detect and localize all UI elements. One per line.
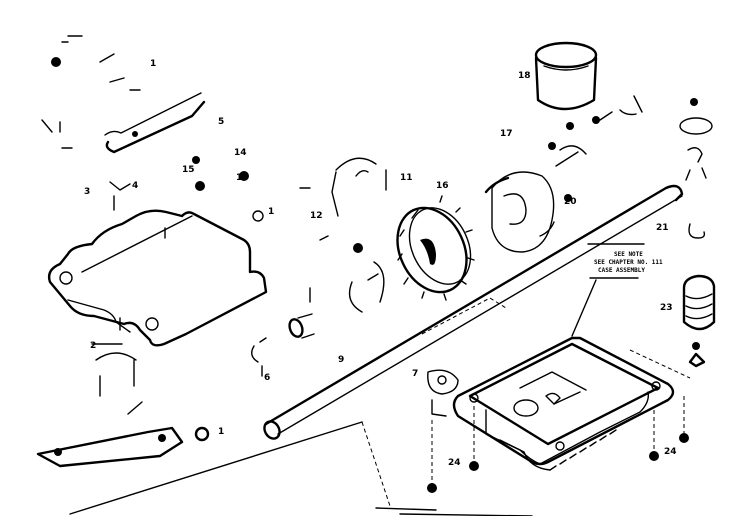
label-21: 21 [656, 223, 669, 233]
label-7: 7 [412, 369, 418, 379]
label-24: 24 [664, 447, 677, 457]
label-2: 2 [90, 341, 96, 351]
label-1: 1 [150, 59, 156, 69]
clutch-drum [486, 172, 554, 252]
mounting-plate [38, 402, 208, 466]
spring-upper [689, 224, 704, 238]
label-9: 9 [338, 355, 344, 365]
small-gear-assembly [300, 158, 386, 312]
label-14: 14 [234, 148, 247, 158]
note-line-3: CASE ASSEMBLY [598, 267, 645, 274]
main-gear [384, 196, 482, 303]
case-bolts [422, 298, 690, 493]
gear-case-housing [428, 338, 673, 470]
bearing-cup [536, 43, 596, 109]
bushing [252, 288, 314, 376]
exploded-parts-diagram: 1 5 3 4 15 14 13 1 2 1 11 [0, 0, 752, 516]
gear-case-cover [49, 156, 266, 345]
small-hardware-right [548, 96, 712, 202]
label-16: 16 [436, 181, 449, 191]
label-15: 15 [182, 165, 195, 175]
label-20: 20 [564, 197, 577, 207]
label-17: 17 [500, 129, 513, 139]
label-6: 6 [264, 373, 270, 383]
label-18: 18 [518, 71, 531, 81]
label-1: 1 [218, 427, 224, 437]
label-23: 23 [660, 303, 673, 313]
spring-lower [684, 276, 714, 366]
note-line-2: SEE CHAPTER NO. 111 [594, 259, 663, 266]
leader-lines [70, 422, 532, 516]
label-11: 11 [400, 173, 413, 183]
label-12: 12 [310, 211, 323, 221]
label-3: 3 [84, 187, 90, 197]
label-1: 1 [268, 207, 274, 217]
top-left-bracket [42, 36, 204, 152]
label-5: 5 [218, 117, 224, 127]
note-line-1: SEE NOTE [614, 251, 643, 258]
drive-shaft [261, 186, 682, 441]
label-13: 13 [236, 173, 249, 183]
label-24: 24 [448, 458, 461, 468]
label-4: 4 [132, 181, 138, 191]
spacer-stack [92, 344, 136, 396]
